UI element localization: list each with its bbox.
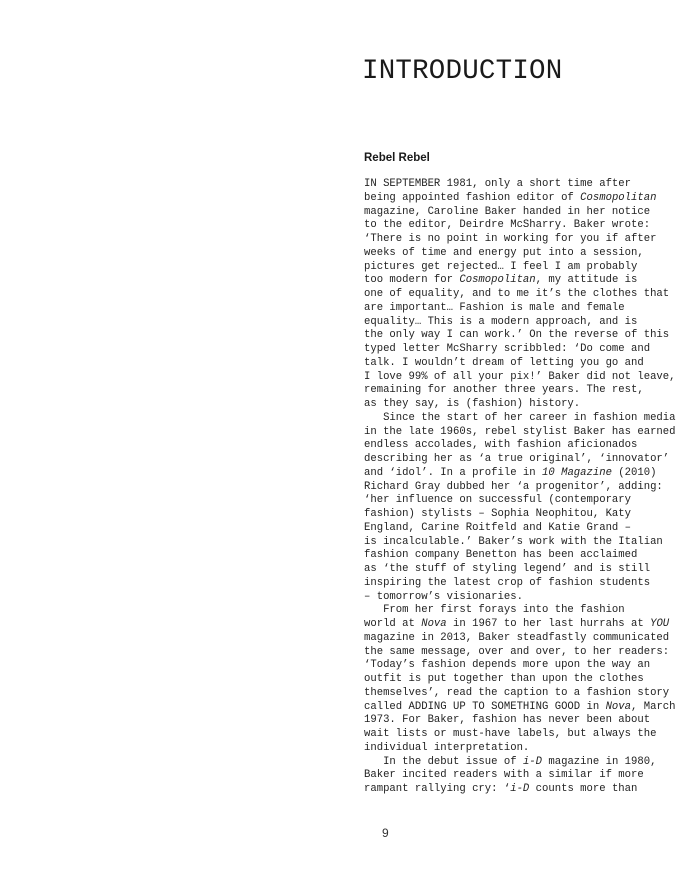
section-heading: Rebel Rebel [364, 151, 430, 165]
body-line: ‘There is no point in working for you if… [364, 233, 664, 247]
text-run: the same message, over and over, to her … [364, 646, 669, 658]
text-run: magazine in 1980, [542, 756, 656, 768]
body-text: IN SEPTEMBER 1981, only a short time aft… [364, 178, 664, 797]
text-run: pictures get rejected… I feel I am proba… [364, 261, 637, 273]
body-line: magazine in 2013, Baker steadfastly comm… [364, 632, 664, 646]
body-line: Baker incited readers with a similar if … [364, 769, 664, 783]
text-run: in 1967 to her last hurrahs at [447, 618, 650, 630]
text-run: fashion company Benetton has been acclai… [364, 549, 637, 561]
text-run: remaining for another three years. The r… [364, 384, 644, 396]
text-run: , March [631, 701, 676, 713]
text-run: weeks of time and energy put into a sess… [364, 247, 644, 259]
text-run: magazine in 2013, Baker steadfastly comm… [364, 632, 669, 644]
text-run: are important… Fashion is male and femal… [364, 302, 625, 314]
body-line: describing her as ‘a true original’, ‘in… [364, 453, 664, 467]
text-run: 1973. For Baker, fashion has never been … [364, 714, 650, 726]
text-run: ‘Today’s fashion depends more upon the w… [364, 659, 650, 671]
text-run: world at [364, 618, 421, 630]
body-line: endless accolades, with fashion aficiona… [364, 439, 664, 453]
body-line: world at Nova in 1967 to her last hurrah… [364, 618, 664, 632]
italic-title: YOU [650, 618, 669, 630]
body-line: equality… This is a modern approach, and… [364, 316, 664, 330]
italic-title: Cosmopolitan [459, 274, 535, 286]
body-line: Since the start of her career in fashion… [364, 412, 664, 426]
text-run: Baker incited readers with a similar if … [364, 769, 644, 781]
text-run: called ADDING UP TO SOMETHING GOOD in [364, 701, 606, 713]
body-line: IN SEPTEMBER 1981, only a short time aft… [364, 178, 664, 192]
text-run: equality… This is a modern approach, and… [364, 316, 637, 328]
body-line: remaining for another three years. The r… [364, 384, 664, 398]
body-line: – tomorrow’s visionaries. [364, 591, 664, 605]
text-run: talk. I wouldn’t dream of letting you go… [364, 357, 644, 369]
body-line: and ‘idol’. In a profile in 10 Magazine … [364, 467, 664, 481]
body-line: ‘her influence on successful (contempora… [364, 494, 664, 508]
body-line: Richard Gray dubbed her ‘a progenitor’, … [364, 481, 664, 495]
body-line: typed letter McSharry scribbled: ‘Do com… [364, 343, 664, 357]
text-run: one of equality, and to me it’s the clot… [364, 288, 669, 300]
text-run: describing her as ‘a true original’, ‘in… [364, 453, 669, 465]
italic-title: i-D [523, 756, 542, 768]
body-line: England, Carine Roitfeld and Katie Grand… [364, 522, 664, 536]
text-run: counts more than [529, 783, 637, 795]
body-line: inspiring the latest crop of fashion stu… [364, 577, 664, 591]
italic-title: Nova [421, 618, 446, 630]
italic-title: Cosmopolitan [580, 192, 656, 204]
body-line: called ADDING UP TO SOMETHING GOOD in No… [364, 701, 664, 715]
text-run: too modern for [364, 274, 459, 286]
body-line: the same message, over and over, to her … [364, 646, 664, 660]
body-line: as they say, is (fashion) history. [364, 398, 664, 412]
body-line: 1973. For Baker, fashion has never been … [364, 714, 664, 728]
text-run: magazine, Caroline Baker handed in her n… [364, 206, 650, 218]
body-line: outfit is put together than upon the clo… [364, 673, 664, 687]
text-run: I love 99% of all your pix!’ Baker did n… [364, 371, 676, 383]
body-line: being appointed fashion editor of Cosmop… [364, 192, 664, 206]
italic-title: Nova [606, 701, 631, 713]
text-run: ‘her influence on successful (contempora… [364, 494, 631, 506]
text-run: typed letter McSharry scribbled: ‘Do com… [364, 343, 650, 355]
text-run: fashion) stylists – Sophia Neophitou, Ka… [364, 508, 631, 520]
text-run: themselves’, read the caption to a fashi… [364, 687, 669, 699]
body-line: to the editor, Deirdre McSharry. Baker w… [364, 219, 664, 233]
book-page: INTRODUCTION Rebel Rebel IN SEPTEMBER 19… [0, 0, 693, 870]
text-run: England, Carine Roitfeld and Katie Grand… [364, 522, 631, 534]
page-number: 9 [382, 826, 389, 840]
body-line: fashion) stylists – Sophia Neophitou, Ka… [364, 508, 664, 522]
body-line: weeks of time and energy put into a sess… [364, 247, 664, 261]
text-run: the only way I can work.’ On the reverse… [364, 329, 669, 341]
text-run: individual interpretation. [364, 742, 529, 754]
body-line: too modern for Cosmopolitan, my attitude… [364, 274, 664, 288]
text-run: as they say, is (fashion) history. [364, 398, 580, 410]
text-run: – tomorrow’s visionaries. [364, 591, 523, 603]
text-run: endless accolades, with fashion aficiona… [364, 439, 637, 451]
body-line: In the debut issue of i-D magazine in 19… [364, 756, 664, 770]
text-run: to the editor, Deirdre McSharry. Baker w… [364, 219, 650, 231]
body-line: the only way I can work.’ On the reverse… [364, 329, 664, 343]
text-run: In the debut issue of [364, 756, 523, 768]
body-line: in the late 1960s, rebel stylist Baker h… [364, 426, 664, 440]
text-run: outfit is put together than upon the clo… [364, 673, 644, 685]
text-run: ‘There is no point in working for you if… [364, 233, 656, 245]
body-line: pictures get rejected… I feel I am proba… [364, 261, 664, 275]
body-line: individual interpretation. [364, 742, 664, 756]
text-run: From her first forays into the fashion [364, 604, 625, 616]
body-line: as ‘the stuff of styling legend’ and is … [364, 563, 664, 577]
italic-title: i-D [510, 783, 529, 795]
text-run: as ‘the stuff of styling legend’ and is … [364, 563, 650, 575]
body-line: is incalculable.’ Baker’s work with the … [364, 536, 664, 550]
text-run: rampant rallying cry: ‘ [364, 783, 510, 795]
body-line: From her first forays into the fashion [364, 604, 664, 618]
body-line: are important… Fashion is male and femal… [364, 302, 664, 316]
italic-title: 10 Magazine [542, 467, 612, 479]
text-run: inspiring the latest crop of fashion stu… [364, 577, 650, 589]
body-line: themselves’, read the caption to a fashi… [364, 687, 664, 701]
text-run: and ‘idol’. In a profile in [364, 467, 542, 479]
body-line: ‘Today’s fashion depends more upon the w… [364, 659, 664, 673]
text-run: (2010) [612, 467, 657, 479]
text-run: wait lists or must-have labels, but alwa… [364, 728, 656, 740]
body-line: fashion company Benetton has been acclai… [364, 549, 664, 563]
body-line: wait lists or must-have labels, but alwa… [364, 728, 664, 742]
chapter-title: INTRODUCTION [362, 56, 562, 88]
text-run: being appointed fashion editor of [364, 192, 580, 204]
body-line: talk. I wouldn’t dream of letting you go… [364, 357, 664, 371]
text-run: in the late 1960s, rebel stylist Baker h… [364, 426, 676, 438]
text-run: IN SEPTEMBER 1981, only a short time aft… [364, 178, 631, 190]
body-line: rampant rallying cry: ‘i-D counts more t… [364, 783, 664, 797]
text-run: , my attitude is [536, 274, 638, 286]
body-line: I love 99% of all your pix!’ Baker did n… [364, 371, 664, 385]
text-run: Since the start of her career in fashion… [364, 412, 676, 424]
text-run: is incalculable.’ Baker’s work with the … [364, 536, 663, 548]
body-line: one of equality, and to me it’s the clot… [364, 288, 664, 302]
text-run: Richard Gray dubbed her ‘a progenitor’, … [364, 481, 663, 493]
body-line: magazine, Caroline Baker handed in her n… [364, 206, 664, 220]
